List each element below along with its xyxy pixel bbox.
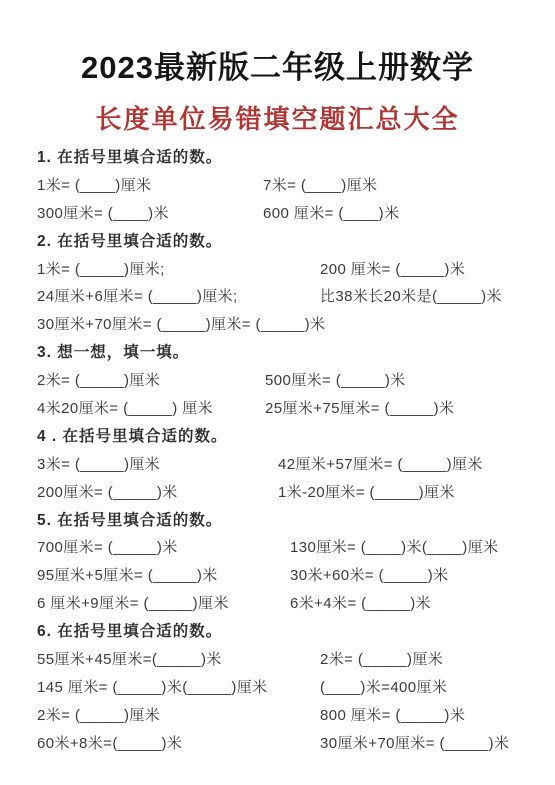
question-left: 3米= (_____)厘米: [37, 456, 160, 473]
question-row: 4米20厘米= (_____) 厘米25厘米+75厘米= (_____)米: [37, 395, 540, 423]
section-4: 4 . 在括号里填合适的数。3米= (_____)厘米42厘米+57厘米= (_…: [37, 423, 540, 507]
question-row: 700厘米= (_____)米130厘米= (____)米(____)厘米: [37, 534, 540, 562]
question-row: 300厘米= (____)米600 厘米= (____)米: [37, 200, 540, 228]
question-left: 145 厘米= (_____)米(_____)厘米: [37, 679, 268, 696]
question-row: 6 厘米+9厘米= (_____)厘米6米+4米= (_____)米: [37, 590, 540, 618]
question-right: 1米-20厘米= (_____)厘米: [278, 479, 455, 507]
question-row: 200厘米= (_____)米1米-20厘米= (_____)厘米: [37, 479, 540, 507]
question-left: 1米= (_____)厘米;: [37, 261, 165, 278]
question-left: 700厘米= (_____)米: [37, 539, 178, 556]
question-right: 25厘米+75厘米= (_____)米: [265, 395, 454, 423]
question-row: 24厘米+6厘米= (_____)厘米;比38米长20米是(_____)米: [37, 283, 540, 311]
question-row: 1米= (____)厘米7米= (____)厘米: [37, 172, 540, 200]
section-heading: 4 . 在括号里填合适的数。: [37, 423, 540, 451]
question-left: 55厘米+45厘米=(_____)米: [37, 651, 222, 668]
question-right: 800 厘米= (_____)米: [320, 702, 465, 730]
question-right: 600 厘米= (____)米: [263, 200, 399, 228]
section-3: 3. 想一想，填一填。2米= (_____)厘米500厘米= (_____)米4…: [37, 339, 540, 423]
question-row: 30厘米+70厘米= (_____)厘米= (_____)米: [37, 311, 540, 339]
question-row: 145 厘米= (_____)米(_____)厘米(____)米=400厘米: [37, 674, 540, 702]
question-right: 比38米长20米是(_____)米: [320, 283, 502, 311]
question-right: 130厘米= (____)米(____)厘米: [290, 534, 498, 562]
question-left: 2米= (_____)厘米: [37, 372, 160, 389]
worksheet-body: 1. 在括号里填合适的数。1米= (____)厘米7米= (____)厘米300…: [37, 144, 540, 758]
question-row: 95厘米+5厘米= (_____)米30米+60米= (_____)米: [37, 562, 540, 590]
question-left: 60米+8米=(_____)米: [37, 735, 182, 752]
section-heading: 2. 在括号里填合适的数。: [37, 228, 540, 256]
question-left: 30厘米+70厘米= (_____)厘米= (_____)米: [37, 316, 325, 333]
question-left: 95厘米+5厘米= (_____)米: [37, 567, 218, 584]
worksheet-page: 2023最新版二年级上册数学 长度单位易错填空题汇总大全 1. 在括号里填合适的…: [0, 0, 555, 785]
question-row: 2米= (_____)厘米800 厘米= (_____)米: [37, 702, 540, 730]
question-left: 6 厘米+9厘米= (_____)厘米: [37, 595, 229, 612]
page-title: 2023最新版二年级上册数学: [0, 42, 555, 87]
question-row: 60米+8米=(_____)米30厘米+70厘米= (_____)米: [37, 730, 540, 758]
question-right: 30厘米+70厘米= (_____)米: [320, 730, 509, 758]
question-left: 1米= (____)厘米: [37, 177, 151, 194]
question-left: 2米= (_____)厘米: [37, 707, 160, 724]
question-right: 200 厘米= (_____)米: [320, 256, 465, 284]
section-5: 5. 在括号里填合适的数。700厘米= (_____)米130厘米= (____…: [37, 507, 540, 619]
question-right: (____)米=400厘米: [320, 674, 447, 702]
question-right: 2米= (_____)厘米: [320, 646, 443, 674]
page-subtitle: 长度单位易错填空题汇总大全: [0, 99, 555, 136]
section-2: 2. 在括号里填合适的数。1米= (_____)厘米;200 厘米= (____…: [37, 228, 540, 340]
section-heading: 3. 想一想，填一填。: [37, 339, 540, 367]
question-right: 42厘米+57厘米= (_____)厘米: [278, 451, 483, 479]
section-heading: 1. 在括号里填合适的数。: [37, 144, 540, 172]
question-left: 200厘米= (_____)米: [37, 484, 178, 501]
question-right: 6米+4米= (_____)米: [290, 590, 431, 618]
question-row: 3米= (_____)厘米42厘米+57厘米= (_____)厘米: [37, 451, 540, 479]
question-row: 1米= (_____)厘米;200 厘米= (_____)米: [37, 256, 540, 284]
question-left: 24厘米+6厘米= (_____)厘米;: [37, 288, 238, 305]
question-row: 2米= (_____)厘米500厘米= (_____)米: [37, 367, 540, 395]
section-6: 6. 在括号里填合适的数。55厘米+45厘米=(_____)米2米= (____…: [37, 618, 540, 757]
question-left: 300厘米= (____)米: [37, 205, 169, 222]
section-heading: 5. 在括号里填合适的数。: [37, 507, 540, 535]
question-right: 30米+60米= (_____)米: [290, 562, 449, 590]
section-1: 1. 在括号里填合适的数。1米= (____)厘米7米= (____)厘米300…: [37, 144, 540, 228]
question-right: 500厘米= (_____)米: [265, 367, 406, 395]
question-row: 55厘米+45厘米=(_____)米2米= (_____)厘米: [37, 646, 540, 674]
question-left: 4米20厘米= (_____) 厘米: [37, 400, 213, 417]
question-right: 7米= (____)厘米: [263, 172, 377, 200]
section-heading: 6. 在括号里填合适的数。: [37, 618, 540, 646]
